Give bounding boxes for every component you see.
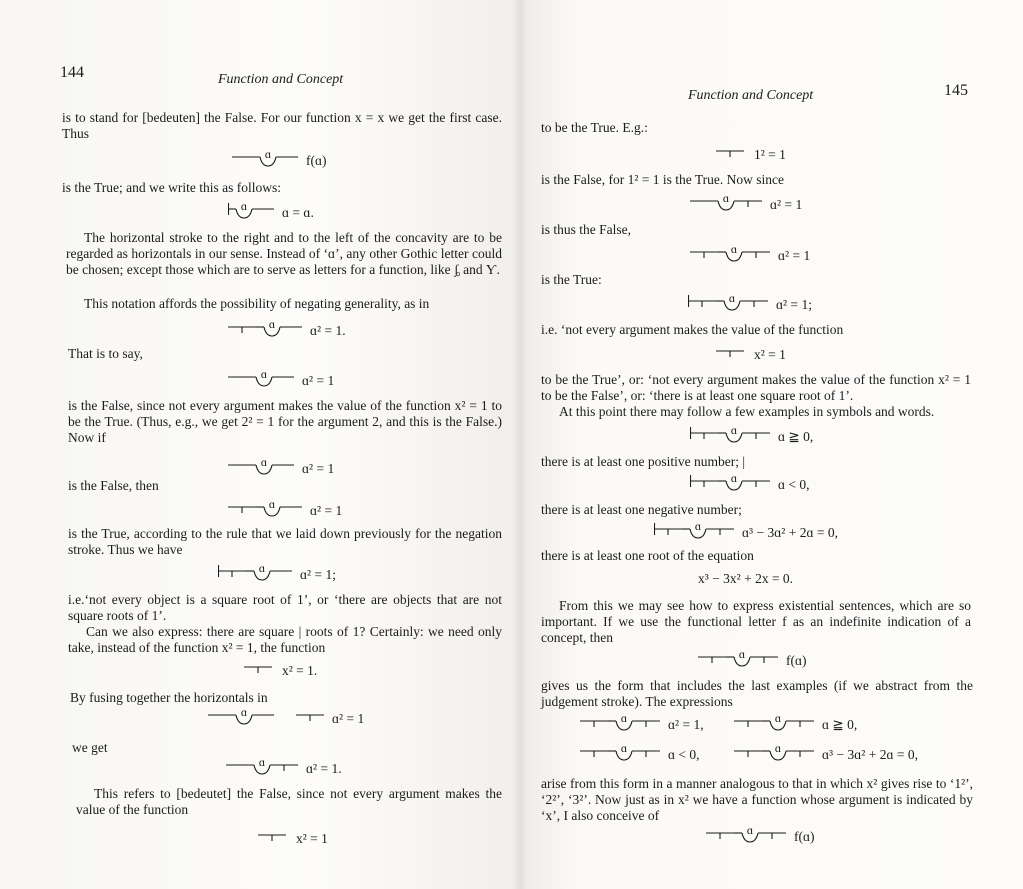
formula: x² = 1 xyxy=(716,344,786,366)
paragraph: This notation affords the possibility of… xyxy=(66,296,502,312)
formula: ɑɑ² = 1 xyxy=(690,194,802,216)
concept-script-stroke: ɑ xyxy=(232,149,300,173)
formula-expression: ɑ ≧ 0, xyxy=(822,717,857,733)
formula: ɑɑ³ − 3ɑ² + 2ɑ = 0, xyxy=(734,744,918,766)
svg-text:ɑ: ɑ xyxy=(261,457,267,469)
formula-expression: ɑ² = 1 xyxy=(302,461,334,477)
concept-script-stroke: ɑ xyxy=(228,369,296,393)
svg-text:ɑ: ɑ xyxy=(241,707,247,719)
concept-script-stroke: ɑ xyxy=(226,757,300,781)
concept-script-stroke: ɑ xyxy=(580,743,662,767)
svg-text:ɑ: ɑ xyxy=(259,563,265,575)
formula: ɑɑ² = 1 xyxy=(208,708,364,730)
concept-script-stroke: ɑ xyxy=(706,825,788,849)
formula-expression: x² = 1 xyxy=(754,347,786,363)
concept-script-stroke: ɑ xyxy=(690,193,764,217)
concept-script-stroke: ɑ xyxy=(228,201,276,225)
paragraph: i.e. ‘not every argument makes the value… xyxy=(541,322,971,338)
svg-text:ɑ: ɑ xyxy=(269,319,275,331)
formula: ɑɑ² = 1. xyxy=(226,758,342,780)
formula: ɑɑ² = 1 xyxy=(690,245,810,267)
concept-script-stroke: ɑ xyxy=(654,521,736,545)
running-head-left: Function and Concept xyxy=(218,72,343,88)
paragraph: there is at least one positive number; | xyxy=(541,454,971,470)
paragraph: gives us the form that includes the last… xyxy=(541,678,973,710)
paragraph: is the True, according to the rule that … xyxy=(68,526,502,558)
svg-text:ɑ: ɑ xyxy=(259,757,265,769)
formula-expression: ɑ² = 1; xyxy=(300,567,336,583)
paragraph: arise from this form in a manner analogo… xyxy=(541,776,973,824)
paragraph: That is to say, xyxy=(68,346,504,362)
formula-expression: ɑ³ − 3ɑ² + 2ɑ = 0, xyxy=(742,525,838,541)
paragraph: From this we may see how to express exis… xyxy=(541,598,971,646)
paragraph: The horizontal stroke to the right and t… xyxy=(66,230,502,278)
svg-text:ɑ: ɑ xyxy=(731,244,737,256)
formula-expression: ɑ² = 1 xyxy=(770,197,802,213)
paragraph: is the True: xyxy=(541,272,971,288)
paragraph: is to stand for [bedeuten] the False. Fo… xyxy=(62,110,502,142)
concept-script-stroke: ɑ xyxy=(690,473,772,497)
formula: ɑɑ < 0, xyxy=(690,474,810,496)
formula: ɑɑ ≧ 0, xyxy=(690,426,813,448)
svg-text:ɑ: ɑ xyxy=(747,825,753,837)
concept-script-stroke: ɑ xyxy=(734,743,816,767)
formula: ɑɑ² = 1, xyxy=(580,714,704,736)
formula-expression: f(ɑ) xyxy=(794,829,815,845)
formula-expression: ɑ² = 1 xyxy=(778,248,810,264)
paragraph: By fusing together the horizontals in xyxy=(70,690,502,706)
formula-expression: x² = 1 xyxy=(296,831,328,847)
formula: ɑɑ² = 1; xyxy=(688,294,812,316)
concept-script-stroke xyxy=(258,827,290,851)
formula-expression: 1² = 1 xyxy=(754,147,786,163)
svg-text:ɑ: ɑ xyxy=(269,499,275,511)
svg-text:ɑ: ɑ xyxy=(265,149,271,161)
formula: 1² = 1 xyxy=(716,144,786,166)
formula-expression: ɑ ≧ 0, xyxy=(778,429,813,445)
concept-script-stroke xyxy=(716,143,748,167)
concept-script-stroke xyxy=(244,659,276,683)
book-gutter xyxy=(512,0,528,889)
formula: ɑɑ < 0, xyxy=(580,744,700,766)
formula-expression: x³ − 3x² + 2x = 0. xyxy=(698,571,793,587)
formula: ɑf(ɑ) xyxy=(706,826,815,848)
formula: ɑɑ³ − 3ɑ² + 2ɑ = 0, xyxy=(654,522,838,544)
concept-script-stroke: ɑ xyxy=(228,319,304,343)
formula-expression: ɑ² = 1. xyxy=(310,323,346,339)
formula-expression: ɑ < 0, xyxy=(668,747,700,763)
paragraph: i.e.‘not every object is a square root o… xyxy=(68,592,502,624)
formula: ɑɑ ≧ 0, xyxy=(734,714,857,736)
formula-expression: ɑ < 0, xyxy=(778,477,810,493)
formula-expression: ɑ² = 1; xyxy=(776,297,812,313)
concept-script-stroke: ɑ xyxy=(688,293,770,317)
concept-script-stroke xyxy=(716,343,748,367)
concept-script-stroke: ɑ xyxy=(228,499,304,523)
svg-text:ɑ: ɑ xyxy=(729,293,735,305)
formula-expression: f(ɑ) xyxy=(306,153,327,169)
svg-text:ɑ: ɑ xyxy=(731,473,737,485)
svg-text:ɑ: ɑ xyxy=(739,649,745,661)
paragraph: is thus the False, xyxy=(541,222,971,238)
concept-script-stroke: ɑ xyxy=(218,563,294,587)
paragraph: to be the True’, or: ‘not every argument… xyxy=(541,372,971,404)
formula: ɑf(ɑ) xyxy=(232,150,327,172)
paragraph: This refers to [bedeutet] the False, sin… xyxy=(76,786,502,818)
formula-expression: ɑ³ − 3ɑ² + 2ɑ = 0, xyxy=(822,747,918,763)
formula: ɑɑ² = 1; xyxy=(218,564,336,586)
paragraph: At this point there may follow a few exa… xyxy=(541,404,971,420)
formula-expression: ɑ² = 1 xyxy=(302,373,334,389)
paragraph: is the False, for 1² = 1 is the True. No… xyxy=(541,172,971,188)
formula-expression: ɑ² = 1 xyxy=(332,711,364,727)
concept-script-stroke: ɑ xyxy=(690,244,772,268)
formula: ɑɑ² = 1. xyxy=(228,320,346,342)
paragraph: is the False, then xyxy=(68,478,502,494)
paragraph: is the True; and we write this as follow… xyxy=(62,180,502,196)
paragraph: we get xyxy=(72,740,502,756)
paragraph: is the False, since not every argument m… xyxy=(68,398,502,446)
svg-text:ɑ: ɑ xyxy=(261,369,267,381)
svg-text:ɑ: ɑ xyxy=(775,743,781,755)
concept-script-stroke: ɑ xyxy=(698,649,780,673)
svg-text:ɑ: ɑ xyxy=(695,521,701,533)
running-head-right: Function and Concept xyxy=(688,88,813,104)
formula-expression: ɑ² = 1, xyxy=(668,717,704,733)
formula: x² = 1. xyxy=(244,660,317,682)
formula: ɑɑ² = 1 xyxy=(228,500,342,522)
concept-script-stroke: ɑ xyxy=(690,425,772,449)
formula-expression: ɑ² = 1. xyxy=(306,761,342,777)
formula: ɑf(ɑ) xyxy=(698,650,807,672)
formula-expression: ɑ² = 1 xyxy=(310,503,342,519)
page-number-right: 145 xyxy=(944,82,968,100)
svg-text:ɑ: ɑ xyxy=(621,713,627,725)
paragraph: there is at least one root of the equati… xyxy=(541,548,971,564)
svg-text:ɑ: ɑ xyxy=(241,201,247,213)
formula: ɑɑ = ɑ. xyxy=(228,202,314,224)
paragraph: Can we also express: there are square | … xyxy=(68,624,502,656)
formula: x³ − 3x² + 2x = 0. xyxy=(692,568,793,590)
concept-script-stroke: ɑ xyxy=(734,713,816,737)
svg-text:ɑ: ɑ xyxy=(731,425,737,437)
svg-text:ɑ: ɑ xyxy=(621,743,627,755)
concept-script-stroke: ɑ xyxy=(580,713,662,737)
formula-expression: x² = 1. xyxy=(282,663,317,679)
formula-expression: f(ɑ) xyxy=(786,653,807,669)
paragraph: to be the True. E.g.: xyxy=(541,120,971,136)
concept-script-stroke: ɑ xyxy=(208,707,326,731)
svg-text:ɑ: ɑ xyxy=(723,193,729,205)
formula: x² = 1 xyxy=(258,828,328,850)
svg-text:ɑ: ɑ xyxy=(775,713,781,725)
paragraph: there is at least one negative number; xyxy=(541,502,971,518)
formula: ɑɑ² = 1 xyxy=(228,458,334,480)
formula-expression: ɑ = ɑ. xyxy=(282,205,314,221)
page-number-left: 144 xyxy=(60,64,84,82)
formula: ɑɑ² = 1 xyxy=(228,370,334,392)
